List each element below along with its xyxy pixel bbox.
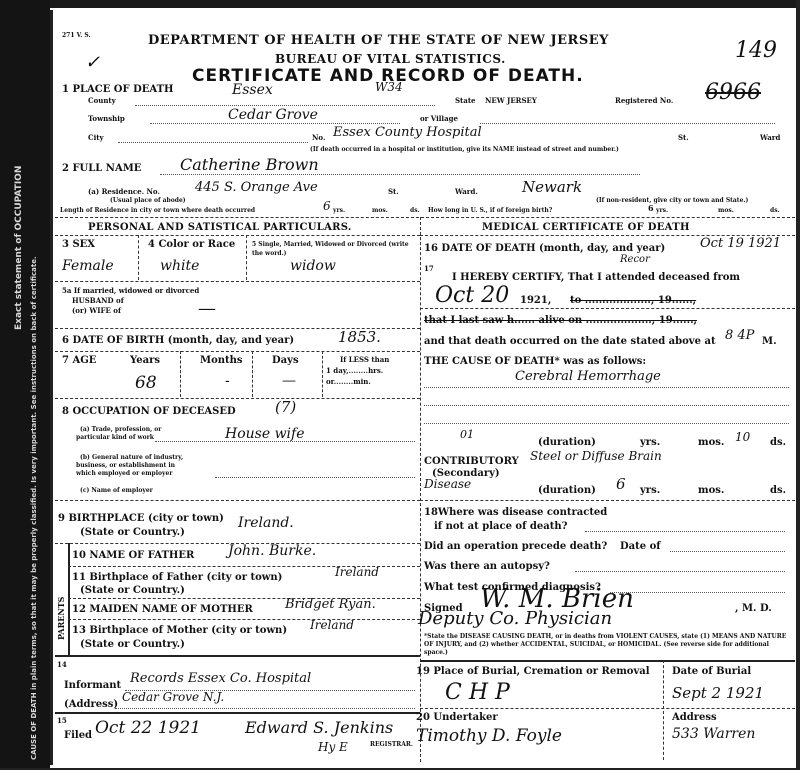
dob-value: 1853. xyxy=(338,328,381,346)
operation-label: Did an operation precede death? xyxy=(424,541,607,552)
medical-section-title: MEDICAL CERTIFICATE OF DEATH xyxy=(482,222,690,233)
cause-line-2 xyxy=(424,405,789,406)
column-divider xyxy=(420,217,421,762)
us-years-value: 6 xyxy=(648,203,654,213)
informant-address-value: Cedar Grove N.J. xyxy=(122,690,224,704)
undertaker-address-value: 533 Warren xyxy=(672,726,755,742)
city-label: City xyxy=(88,133,104,142)
mother-label: 12 MAIDEN NAME OF MOTHER xyxy=(72,604,253,615)
race-divider xyxy=(246,235,247,280)
wife-label: (or) WIFE of xyxy=(72,306,121,315)
months-label: Months xyxy=(200,355,243,366)
parents-label: PARENTS xyxy=(56,597,66,640)
death-time-value: 8 4P xyxy=(725,328,754,343)
attended-from-value: Oct 20 xyxy=(435,283,509,308)
marital-label: 5 Single, Married, Widowed or Divorced (… xyxy=(252,240,417,258)
spouse-value: — xyxy=(198,298,216,319)
father-birthplace-state-label: (State or Country.) xyxy=(80,585,185,596)
item-17-label: 17 xyxy=(424,264,434,273)
certify-insert: Recor xyxy=(620,254,650,265)
attended-to-label: to ..................., 19......, xyxy=(570,295,696,306)
occ-employer-label: (c) Name of employer xyxy=(80,487,153,494)
duration-1-yrs-label: yrs. xyxy=(640,437,660,448)
cause-footnote: *State the DISEASE CAUSING DEATH, or in … xyxy=(424,633,792,657)
informant-number: 14 xyxy=(57,660,67,669)
row-line-certify xyxy=(420,308,795,309)
date-of-death-value: Oct 19 1921 xyxy=(700,236,781,251)
burial-place-value: C H P xyxy=(445,680,510,705)
last-saw-text: that I last saw h...... alive on .......… xyxy=(424,315,697,326)
village-line xyxy=(480,123,775,124)
min-label: or........min. xyxy=(326,377,371,386)
margin-text-cause: CAUSE OF DEATH in plain terms, so that i… xyxy=(30,256,38,760)
header-department: DEPARTMENT OF HEALTH OF THE STATE OF NEW… xyxy=(148,33,609,48)
filed-number: 15 xyxy=(57,716,67,725)
cause-of-death-label: THE CAUSE OF DEATH* was as follows: xyxy=(424,356,646,367)
state-label: State xyxy=(455,96,476,105)
father-birthplace-value: Ireland xyxy=(335,565,379,579)
days-label: Days xyxy=(272,355,299,366)
hrs-label: 1 day,........hrs. xyxy=(326,366,383,375)
md-label: , M. D. xyxy=(735,603,772,614)
attended-from-year: 1921, xyxy=(520,295,551,306)
duration-1-label: (duration) xyxy=(538,437,596,448)
contributory-value: Steel or Diffuse Brain xyxy=(530,449,662,463)
filed-value: Oct 22 1921 xyxy=(95,718,201,738)
st-label: St. xyxy=(678,133,689,142)
race-label: 4 Color or Race xyxy=(148,239,235,250)
contributory-label: CONTRIBUTORY xyxy=(424,456,519,467)
county-line xyxy=(135,105,435,106)
spouse-label: 5a If married, widowed or divorced xyxy=(62,286,199,295)
occ-employed-label: which employed or employer xyxy=(76,470,173,477)
row-line-contributory xyxy=(420,500,795,501)
occ-b-line xyxy=(215,477,415,478)
village-label: or Village xyxy=(420,114,458,123)
county-note: W34 xyxy=(375,80,403,94)
birthplace-value: Ireland. xyxy=(238,515,294,531)
scan-top-border xyxy=(0,0,800,8)
operation-date-label: Date of xyxy=(620,541,661,552)
birthplace-label: 9 BIRTHPLACE (city or town) xyxy=(58,513,224,524)
parents-bracket xyxy=(68,543,70,655)
years-value: 68 xyxy=(135,373,157,393)
burial-place-label: 19 Place of Burial, Cremation or Removal xyxy=(416,666,650,677)
duration-1-ds-label: ds. xyxy=(770,437,786,448)
date-of-death-label: 16 DATE OF DEATH (month, day, and year) xyxy=(424,243,665,254)
age-divider-2 xyxy=(252,351,253,397)
contracted-line xyxy=(585,531,785,532)
residence-ward-value: Newark xyxy=(522,178,582,196)
residence-value: 445 S. Orange Ave xyxy=(195,180,318,195)
less-than-label: If LESS than xyxy=(340,355,389,364)
margin-text-occupation: Exact statement of OCCUPATION xyxy=(14,166,24,330)
header-bureau: BUREAU OF VITAL STATISTICS. xyxy=(275,52,506,66)
duration-2-yrs-label: yrs. xyxy=(640,485,660,496)
mother-birthplace-state-label: (State or Country.) xyxy=(80,639,185,650)
length-of-residence-label: Length of Residence in city or town wher… xyxy=(60,207,255,214)
informant-value: Records Essex Co. Hospital xyxy=(130,671,311,686)
race-value: white xyxy=(160,258,199,274)
personal-section-title: PERSONAL AND SATISTICAL PARTICULARS. xyxy=(88,222,352,233)
registrar-note: Hy E xyxy=(318,740,348,754)
registrar-label: REGISTRAR. xyxy=(370,741,413,748)
birthplace-state-label: (State or Country.) xyxy=(80,527,185,538)
us-yrs-label: yrs. xyxy=(656,207,668,214)
row-line-occupation xyxy=(55,500,420,501)
us-residence-label: How long in U. S., if of foreign birth? xyxy=(428,207,552,214)
county-label: County xyxy=(88,96,116,105)
mother-value: Bridget Ryan. xyxy=(285,597,376,612)
page-number: 149 xyxy=(735,38,777,63)
no-label: No. xyxy=(312,133,325,142)
duration-1-days-value: 10 xyxy=(735,430,750,444)
row-line-informant xyxy=(55,712,420,714)
contributory-prefix: Disease xyxy=(424,477,471,491)
father-label: 10 NAME OF FATHER xyxy=(72,550,194,561)
contracted-place-label: if not at place of death? xyxy=(434,521,567,532)
months-value: - xyxy=(225,373,230,389)
death-time-m: M. xyxy=(762,336,777,347)
age-divider-3 xyxy=(322,351,323,397)
undertaker-value: Timothy D. Foyle xyxy=(416,726,562,746)
yrs-label: yrs. xyxy=(333,207,345,214)
row-line-dob xyxy=(55,351,420,352)
ds-label: ds. xyxy=(410,207,420,214)
occ-business-label: business, or establishment in xyxy=(76,462,175,469)
township-label: Township xyxy=(88,114,125,123)
checkmark-icon: ✓ xyxy=(85,52,100,73)
certify-text: I HEREBY CERTIFY, That I attended deceas… xyxy=(452,272,740,283)
row-line-footnote xyxy=(420,660,795,662)
registered-number: 6966 xyxy=(705,80,761,105)
right-edge xyxy=(796,0,800,780)
place-of-death-label: 1 PLACE OF DEATH xyxy=(62,84,174,95)
duration-2-label: (duration) xyxy=(538,485,596,496)
burial-date-value: Sept 2 1921 xyxy=(672,684,764,702)
left-margin-strip: Exact statement of OCCUPATION CAUSE OF D… xyxy=(0,0,50,780)
dob-label: 6 DATE OF BIRTH (month, day, and year) xyxy=(62,335,294,346)
state-value: NEW JERSEY xyxy=(485,96,537,105)
full-name-label: 2 FULL NAME xyxy=(62,163,141,174)
days-value: — xyxy=(282,373,296,389)
cause-line-3 xyxy=(424,423,789,424)
mother-birthplace-value: Ireland xyxy=(310,618,354,632)
deputy-physician-value: Deputy Co. Physician xyxy=(418,608,612,629)
duration-2-ds-label: ds. xyxy=(770,485,786,496)
registrar-signature: Edward S. Jenkins xyxy=(245,718,393,737)
marital-value: widow xyxy=(290,258,336,274)
residence-st-label: St. xyxy=(388,187,399,196)
duration-1-mos-label: mos. xyxy=(698,437,724,448)
section-divider xyxy=(55,217,795,218)
informant-address-label: (Address) xyxy=(64,699,118,710)
residence-sublabel: (Usual place of abode) xyxy=(110,197,186,204)
father-birthplace-label: 11 Birthplace of Father (city or town) xyxy=(72,572,282,583)
residence-label: (a) Residence. No. xyxy=(88,187,160,196)
row-line-mother xyxy=(68,619,420,620)
sex-value: Female xyxy=(62,258,114,274)
occ-kind-label: particular kind of work xyxy=(76,434,154,441)
burial-divider xyxy=(663,660,664,760)
row-line-mother-bp xyxy=(55,655,420,657)
cause-of-death-value: Cerebral Hemorrhage xyxy=(515,369,661,384)
row-line-age xyxy=(55,398,420,399)
filed-label: Filed xyxy=(64,730,92,741)
nonresident-note: (If non-resident, give city or town and … xyxy=(596,197,748,204)
length-years-value: 6 xyxy=(323,199,331,213)
residence-ward-label: Ward. xyxy=(455,187,478,196)
us-mos-label: mos. xyxy=(718,207,734,214)
sex-divider xyxy=(138,235,139,280)
father-value: John. Burke. xyxy=(228,543,316,559)
informant-label: Informant xyxy=(64,680,121,691)
informant-address-line xyxy=(115,708,415,709)
sex-label: 3 SEX xyxy=(62,239,95,250)
us-ds-label: ds. xyxy=(770,207,780,214)
hospital-note: (If death occurred in a hospital or inst… xyxy=(310,146,619,153)
row-line-sex xyxy=(55,281,420,282)
confirmed-line xyxy=(610,592,785,593)
county-value: Essex xyxy=(232,82,273,98)
undertaker-address-label: Address xyxy=(672,712,717,723)
row-line-burial xyxy=(420,708,795,709)
full-name-line xyxy=(160,174,640,175)
duration-1-prefix: 01 xyxy=(460,428,474,441)
husband-label: HUSBAND of xyxy=(72,296,124,305)
duration-2-mos-label: mos. xyxy=(698,485,724,496)
hospital-value: Essex County Hospital xyxy=(333,125,482,140)
undertaker-label: 20 Undertaker xyxy=(416,712,498,723)
full-name-value: Catherine Brown xyxy=(180,155,319,174)
cause-line-1 xyxy=(424,387,789,388)
age-label: 7 AGE xyxy=(62,355,96,366)
age-divider-1 xyxy=(180,351,181,397)
township-line xyxy=(150,123,400,124)
occ-a-value: House wife xyxy=(225,426,305,442)
left-rule xyxy=(50,10,53,765)
occupation-mark: (7) xyxy=(275,398,296,416)
occ-trade-label: (a) Trade, profession, or xyxy=(80,426,161,433)
operation-date-line xyxy=(670,551,785,552)
township-value: Cedar Grove xyxy=(228,107,318,123)
city-line xyxy=(118,142,308,143)
mother-birthplace-label: 13 Birthplace of Mother (city or town) xyxy=(72,625,287,636)
registered-label: Registered No. xyxy=(615,96,673,105)
autopsy-line xyxy=(575,571,785,572)
personal-header-line xyxy=(55,235,420,236)
years-label: Years xyxy=(130,355,160,366)
death-occurred-text: and that death occurred on the date stat… xyxy=(424,336,716,347)
scan-bottom-border xyxy=(0,768,800,780)
mos-label: mos. xyxy=(372,207,388,214)
contracted-label: 18Where was disease contracted xyxy=(424,507,607,518)
burial-date-label: Date of Burial xyxy=(672,666,751,677)
autopsy-label: Was there an autopsy? xyxy=(424,561,550,572)
duration-2-years-value: 6 xyxy=(616,475,626,493)
form-number: 271 V. S. xyxy=(62,32,91,39)
ward-label: Ward xyxy=(760,133,780,142)
occupation-label: 8 OCCUPATION OF DECEASED xyxy=(62,406,236,417)
occ-industry-label: (b) General nature of industry, xyxy=(80,454,183,461)
